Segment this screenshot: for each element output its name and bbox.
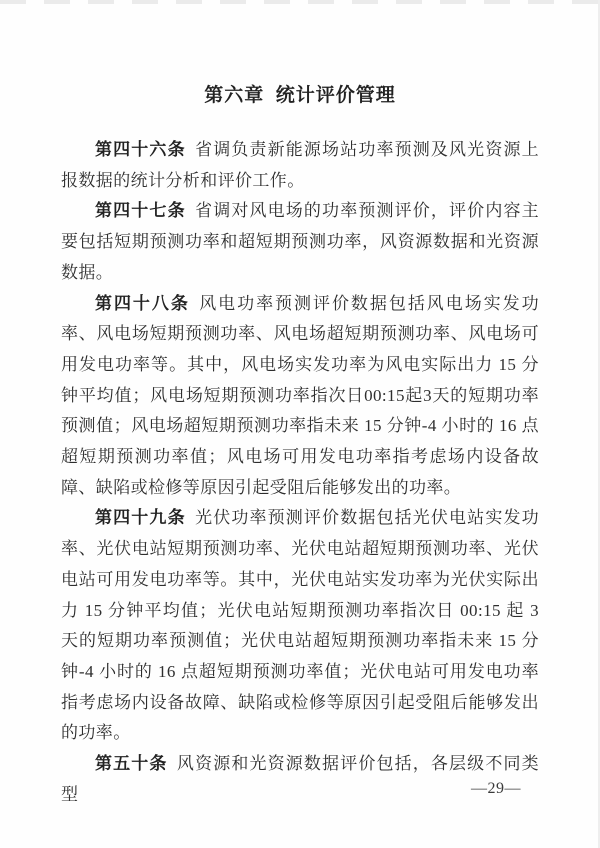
article-49-text: 光伏功率预测评价数据包括光伏电站实发功率、光伏电站短期预测功率、光伏电站超短期预… [61, 508, 539, 742]
article-46: 第四十六条省调负责新能源场站功率预测及风光资源上报数据的统计分析和评价工作。 [61, 135, 539, 196]
article-49-heading: 第四十九条 [95, 508, 186, 527]
scan-artifact-top-edge [0, 0, 600, 4]
article-48-heading: 第四十八条 [95, 294, 190, 313]
document-body: 第四十六条省调负责新能源场站功率预测及风光资源上报数据的统计分析和评价工作。 第… [61, 135, 539, 810]
article-48: 第四十八条风电功率预测评价数据包括风电场实发功率、风电场短期预测功率、风电场超短… [61, 289, 539, 504]
document-page: 第六章 统计评价管理 第四十六条省调负责新能源场站功率预测及风光资源上报数据的统… [0, 0, 600, 848]
article-47: 第四十七条省调对风电场的功率预测评价，评价内容主要包括短期预测功率和超短期预测功… [61, 196, 539, 288]
article-46-heading: 第四十六条 [95, 140, 186, 159]
article-49: 第四十九条光伏功率预测评价数据包括光伏电站实发功率、光伏电站短期预测功率、光伏电… [61, 503, 539, 749]
article-47-heading: 第四十七条 [95, 201, 186, 220]
article-50: 第五十条风资源和光资源数据评价包括，各层级不同类型 [61, 749, 539, 810]
chapter-title: 第六章 统计评价管理 [0, 80, 600, 107]
article-50-heading: 第五十条 [95, 754, 168, 773]
article-48-text: 风电功率预测评价数据包括风电场实发功率、风电场短期预测功率、风电场超短期预测功率… [61, 294, 539, 497]
page-number: —29— [471, 780, 521, 798]
